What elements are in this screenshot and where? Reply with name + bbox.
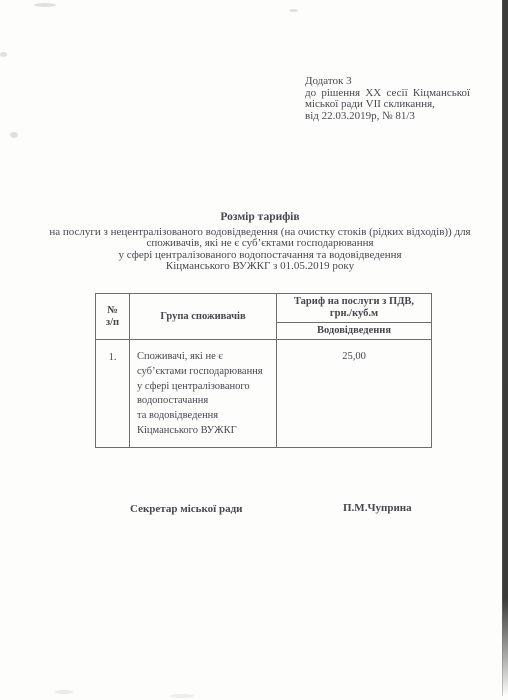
appendix-line-4: від 22.03.2019р, № 81/3 — [305, 111, 485, 123]
scan-speck — [34, 3, 56, 7]
scanned-document-page: Додаток 3 до рішення XX сесії Кіцмансько… — [0, 0, 508, 700]
tariff-table: № з/п Група споживачів Тариф на послуги … — [95, 293, 432, 448]
scan-edge-shadow — [502, 0, 508, 696]
document-title: Розмір тарифів — [14, 212, 506, 224]
signature-role: Секретар міської ради — [130, 503, 242, 515]
title-line-4: Кіцманського ВУЖКГ з 01.05.2019 року — [14, 261, 506, 273]
signature-name: П.М.Чуприна — [343, 502, 412, 514]
scan-speck — [170, 694, 194, 698]
col-header-tariff: Тариф на послуги з ПДВ, грн./куб.м — [277, 294, 432, 323]
table-row: 1. Споживачі, які не є суб’єктами господ… — [96, 340, 432, 448]
document-title-block: Розмір тарифів на послуги з нецентралізо… — [14, 212, 506, 273]
col-header-consumer-group: Група споживачів — [130, 294, 277, 340]
appendix-reference-block: Додаток 3 до рішення XX сесії Кіцмансько… — [305, 76, 485, 123]
scan-speck — [10, 132, 18, 138]
row-consumer-group-cell: Споживачі, які не є суб’єктами господарю… — [130, 340, 277, 448]
appendix-line-1: Додаток 3 — [305, 76, 485, 88]
scan-speck — [0, 52, 7, 57]
scan-speck — [289, 9, 298, 12]
scan-speck — [55, 690, 73, 694]
row-number-cell: 1. — [96, 340, 130, 448]
col-header-tariff-sub: Водовідведення — [277, 323, 432, 340]
table-header-row: № з/п Група споживачів Тариф на послуги … — [96, 294, 432, 323]
col-header-number: № з/п — [96, 294, 130, 340]
row-tariff-value-cell: 25,00 — [277, 340, 432, 448]
